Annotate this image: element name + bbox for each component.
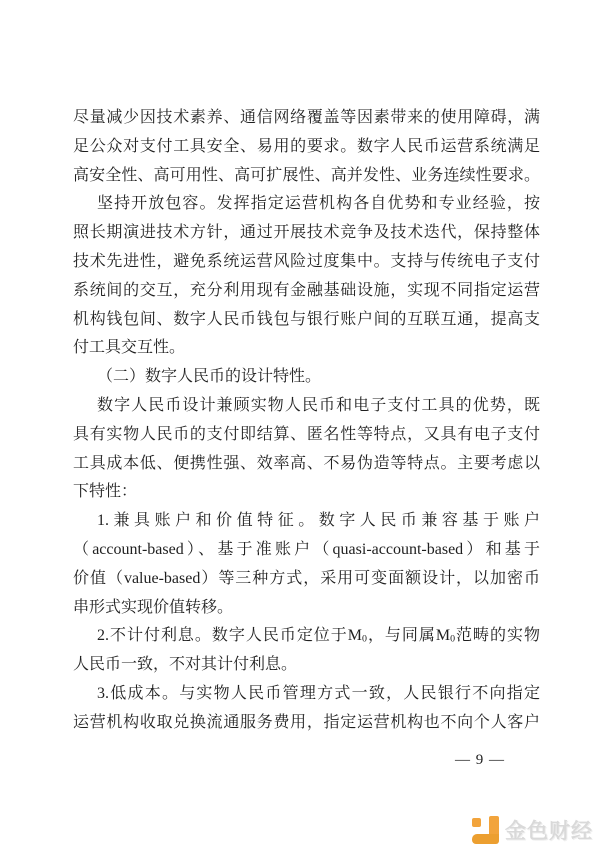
jinse-logo-icon <box>472 816 499 844</box>
text-line: 价值（value-based）等三种方式，采用可变面额设计，以加密币 <box>73 565 540 594</box>
text-segment: 2.不计付利息。数字人民币定位于M <box>97 627 362 644</box>
text-line: 运营机构收取兑换流通服务费用，指定运营机构也不向个人客户 <box>73 709 540 738</box>
text-line: 人民币一致，不对其计付利息。 <box>73 651 540 680</box>
text-line: 机构钱包间、数字人民币钱包与银行账户间的互联互通，提高支 <box>73 306 540 335</box>
text-line: 尽量减少因技术素养、通信网络覆盖等因素带来的使用障碍，满 <box>73 104 540 133</box>
text-line: 具有实物人民币的支付即结算、匿名性等特点，又具有电子支付 <box>73 421 540 450</box>
text-line: （account-based）、基于准账户（quasi-account-base… <box>73 536 540 565</box>
document-page: 尽量减少因技术素养、通信网络覆盖等因素带来的使用障碍，满足公众对支付工具安全、易… <box>0 0 600 849</box>
text-line: （二）数字人民币的设计特性。 <box>73 363 540 392</box>
text-line: 系统间的交互，充分利用现有金融基础设施，实现不同指定运营 <box>73 277 540 306</box>
text-line: 技术先进性，避免系统运营风险过度集中。支持与传统电子支付 <box>73 248 540 277</box>
text-line: 数字人民币设计兼顾实物人民币和电子支付工具的优势，既 <box>73 392 540 421</box>
watermark: 金色财经 <box>472 815 593 845</box>
text-line: 1.兼具账户和价值特征。数字人民币兼容基于账户 <box>73 507 540 536</box>
watermark-brand-text: 金色财经 <box>505 815 593 845</box>
text-line: 付工具交互性。 <box>73 334 540 363</box>
text-line: 串形式实现价值转移。 <box>73 594 540 623</box>
text-line: 工具成本低、便携性强、效率高、不易伪造等特点。主要考虑以 <box>73 450 540 479</box>
page-number: — 9 — <box>455 752 505 769</box>
document-body: 尽量减少因技术素养、通信网络覆盖等因素带来的使用障碍，满足公众对支付工具安全、易… <box>73 104 540 738</box>
text-line: 3.低成本。与实物人民币管理方式一致，人民银行不向指定 <box>73 680 540 709</box>
text-line: 高安全性、高可用性、高可扩展性、高并发性、业务连续性要求。 <box>73 162 540 191</box>
text-segment: 范畴的实物 <box>455 627 540 644</box>
text-line: 坚持开放包容。发挥指定运营机构各自优势和专业经验，按 <box>73 190 540 219</box>
text-line: 下特性： <box>73 478 540 507</box>
text-line: 足公众对支付工具安全、易用的要求。数字人民币运营系统满足 <box>73 133 540 162</box>
text-line: 2.不计付利息。数字人民币定位于M0，与同属M0范畴的实物 <box>73 622 540 651</box>
text-segment: ，与同属M <box>367 627 450 644</box>
text-line: 照长期演进技术方针，通过开展技术竞争及技术迭代，保持整体 <box>73 219 540 248</box>
